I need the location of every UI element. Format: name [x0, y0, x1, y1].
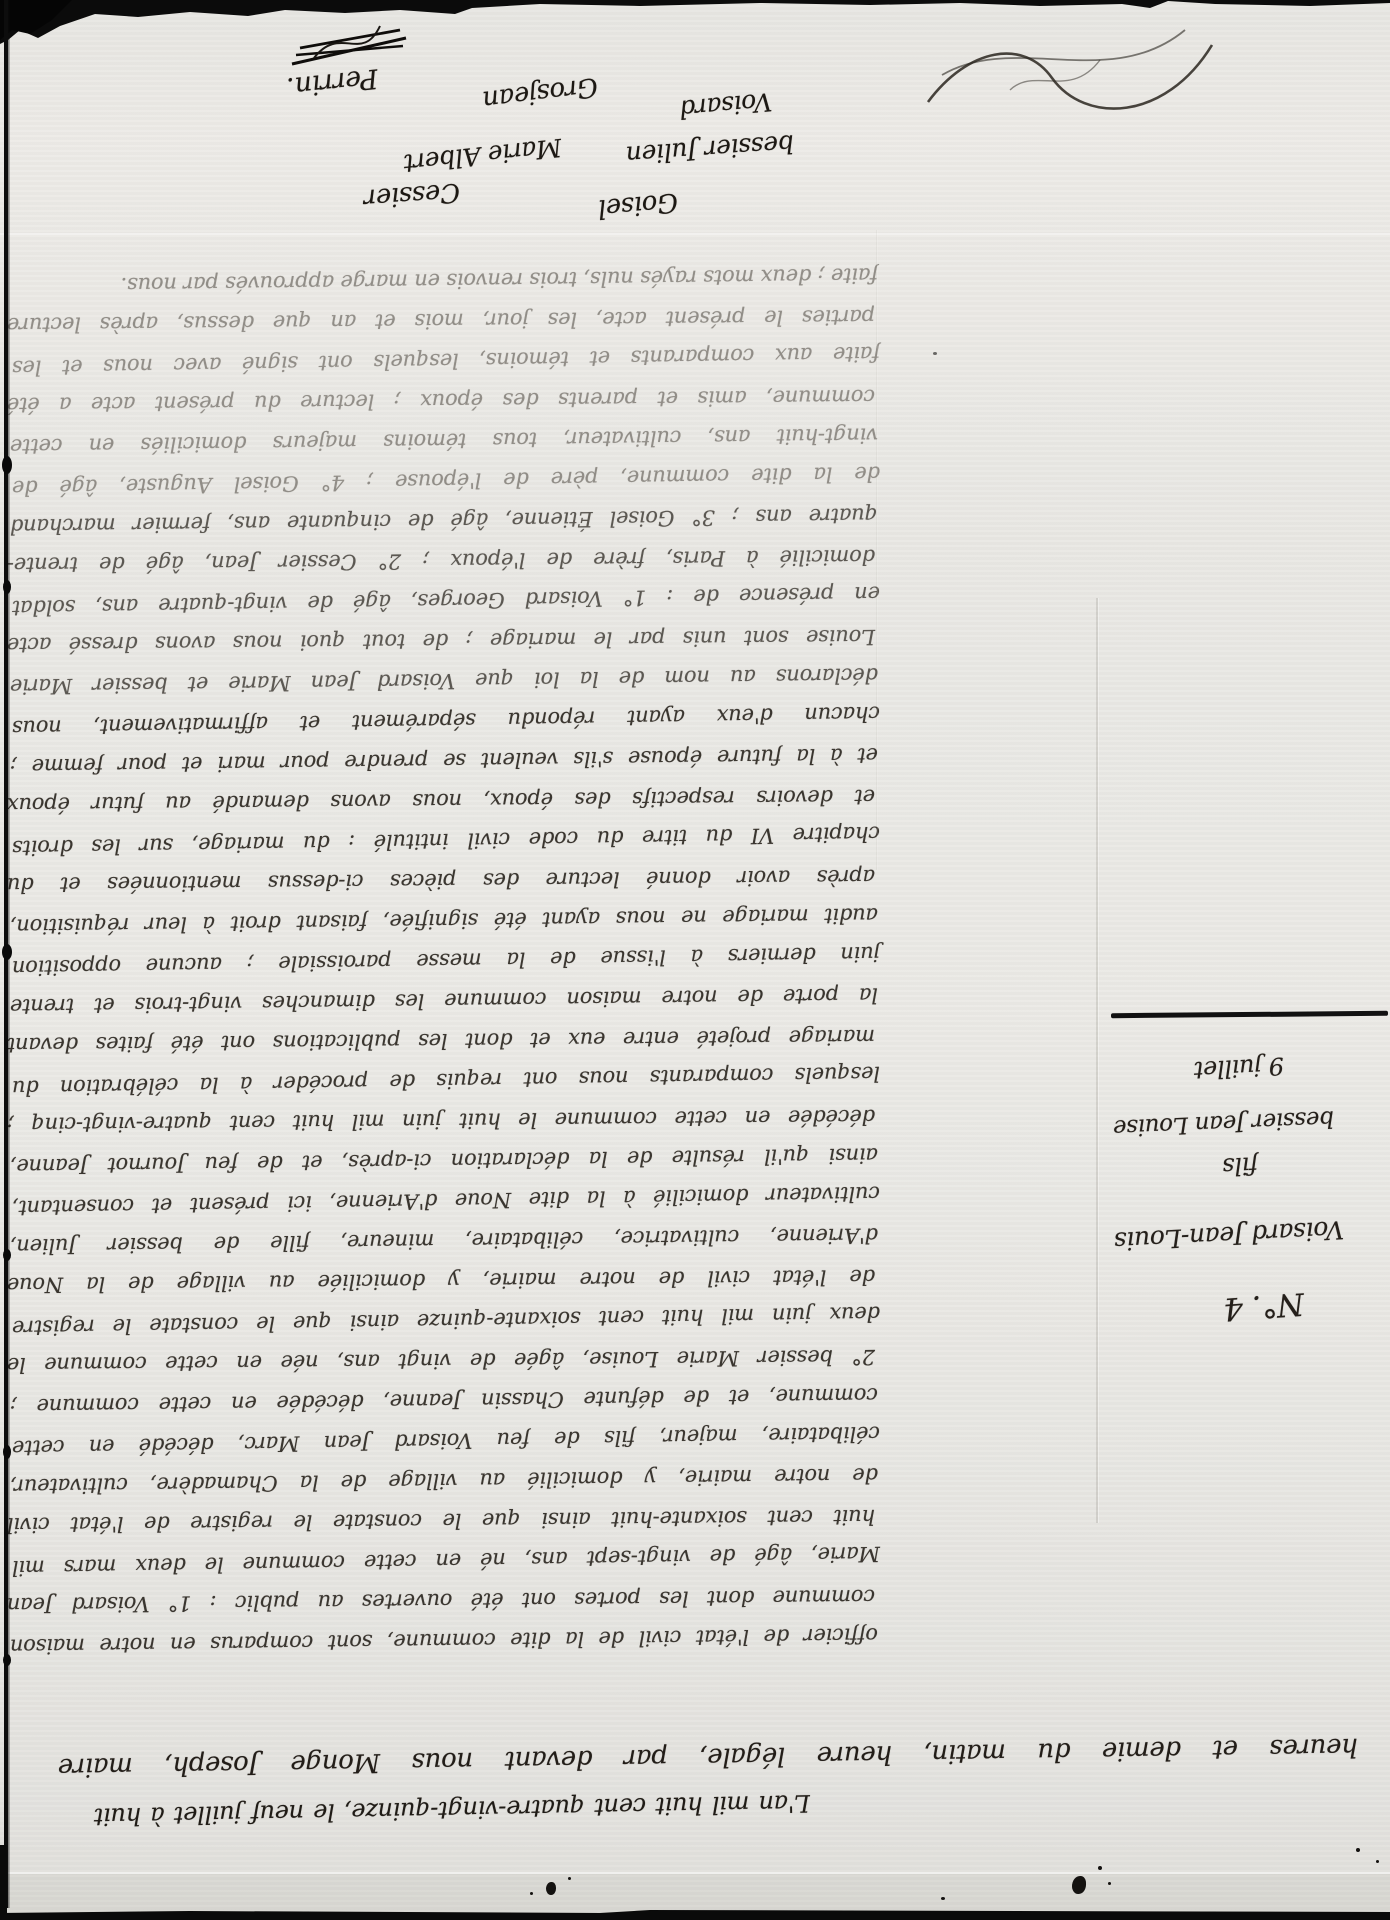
signature: Goisel	[597, 187, 679, 224]
margin-date: 9 juillet	[1193, 1052, 1284, 1085]
scanned-document-page: N°. 4 Voisard Jean-Louis fils bessier Je…	[0, 0, 1390, 1920]
signature: Cessier	[363, 177, 461, 214]
officer-signature-flourish-icon	[920, 16, 1220, 130]
act-opening-line: heures et demie du matin, heure légale, …	[58, 1732, 1358, 1782]
signature: Grosjean	[481, 71, 599, 115]
act-opening-line: L'an mil huit cent quatre-vingt-quinze, …	[94, 1789, 810, 1831]
margin-rule-line	[1111, 1011, 1388, 1018]
act-body-block: officier de l'état civil de la dite comm…	[10, 258, 878, 1658]
ink-scribble-icon	[285, 16, 410, 70]
margin-filiation: fils	[1222, 1151, 1259, 1181]
signature: Marie Albert	[402, 133, 563, 178]
margin-bride-name: bessier Jean Louise	[1113, 1105, 1335, 1141]
manuscript-content: N°. 4 Voisard Jean-Louis fils bessier Je…	[0, 0, 1390, 1920]
margin-groom-name: Voisard Jean-Louis	[1113, 1215, 1344, 1256]
signature: bessier Julien	[625, 129, 795, 170]
signature: Voisard	[679, 87, 774, 124]
margin-act-number: N°. 4	[1222, 1285, 1305, 1327]
